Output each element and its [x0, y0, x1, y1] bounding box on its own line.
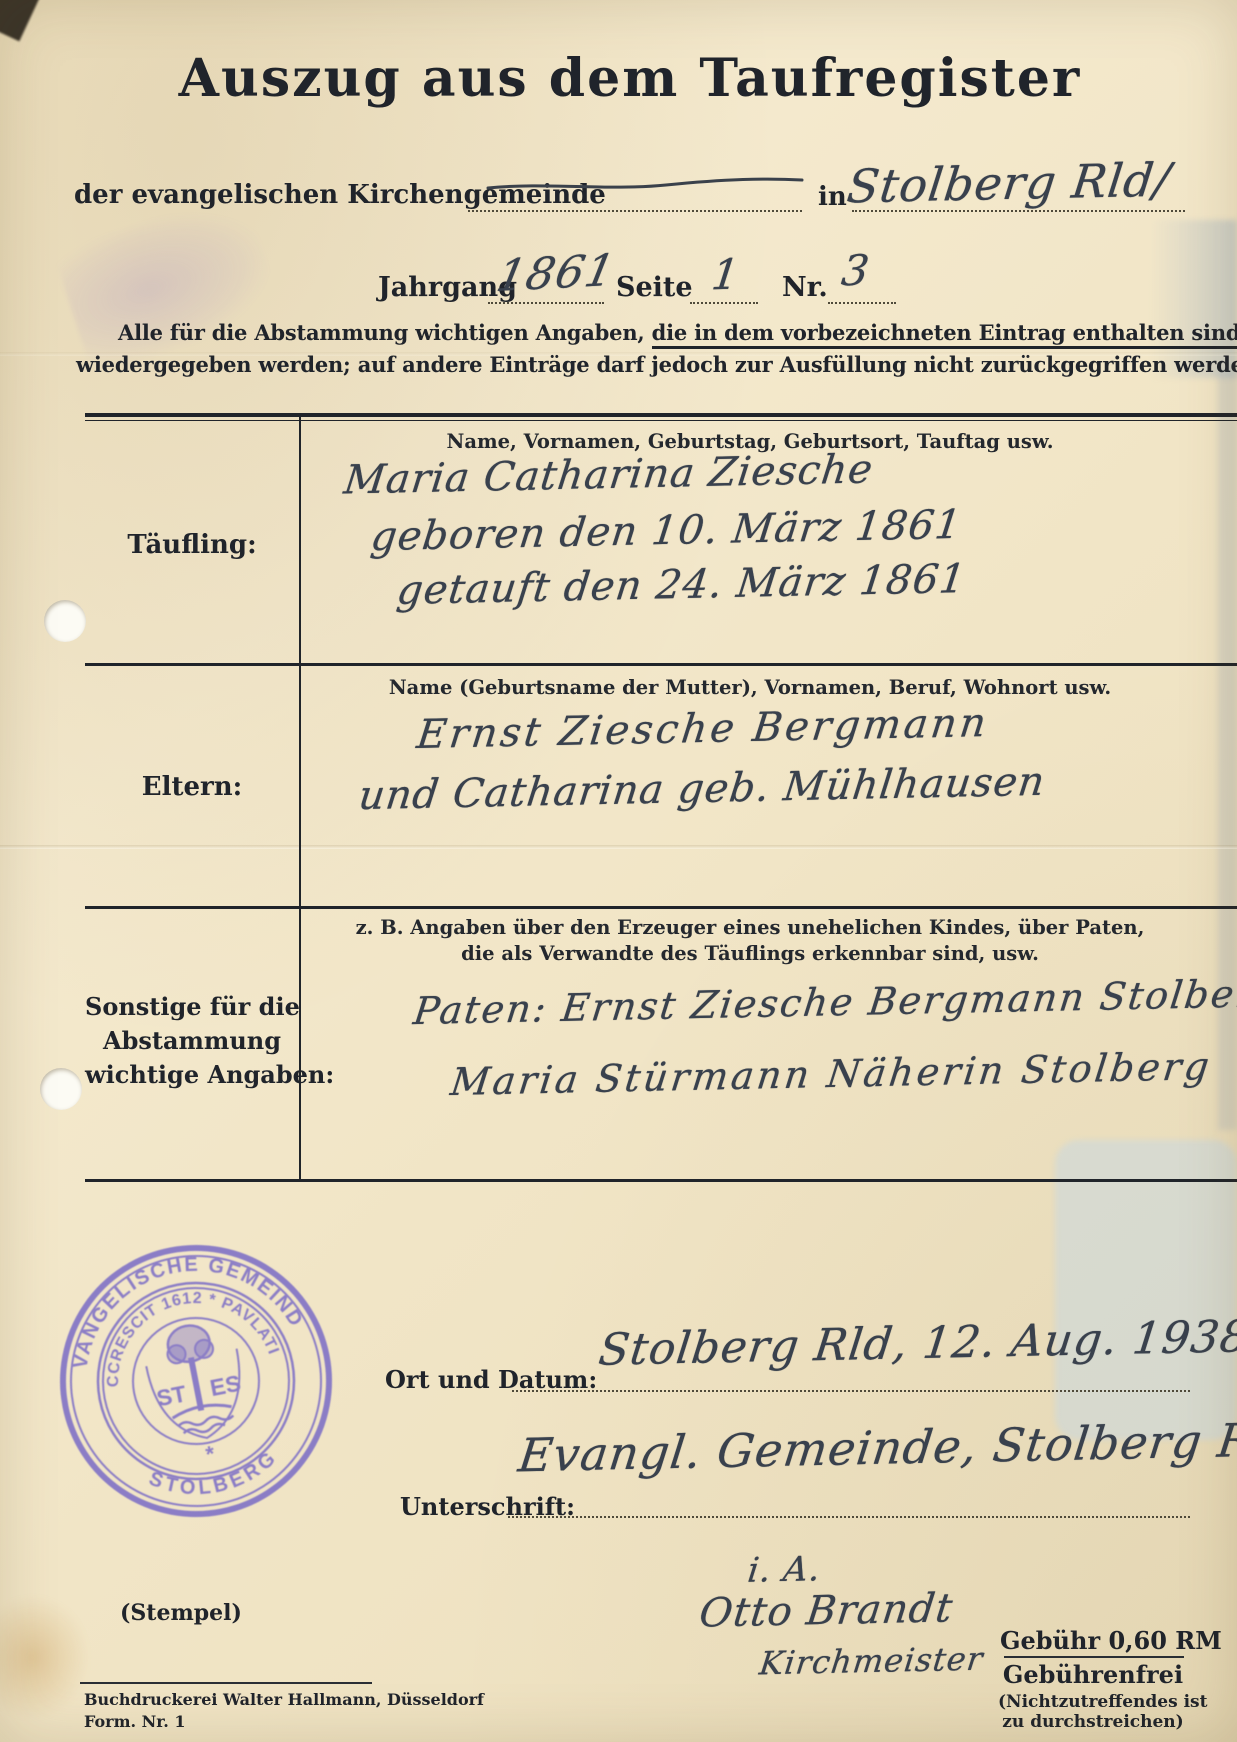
- stamp-center-left-text: ST: [154, 1380, 188, 1411]
- fee-note-line-2: zu durchstreichen): [998, 1712, 1188, 1732]
- baptism-register-extract-page: Auszug aus dem Taufregister der evangeli…: [0, 0, 1237, 1742]
- row3-column-header-line2: die als Verwandte des Täuflings erkennba…: [320, 942, 1180, 965]
- row1-label-taeufling: Täufling:: [85, 530, 299, 560]
- unterschrift-blank-line: [508, 1488, 1190, 1518]
- seite-label: Seite: [616, 272, 693, 303]
- notice-line-1: Alle für die Abstammung wichtigen Angabe…: [118, 320, 1237, 345]
- handwritten-dash-stroke: [486, 172, 804, 196]
- notice-line-2: wiedergegeben werden; auf andere Einträg…: [76, 352, 1237, 377]
- table-top-rule-thick: [85, 413, 1237, 417]
- row1-entry-line: getauft den 24. März 1861: [394, 556, 968, 614]
- fold-crease-middle: [0, 845, 1237, 849]
- signer-role-handwritten: Kirchmeister: [757, 1640, 985, 1683]
- punch-hole-top: [44, 600, 86, 642]
- table-row-separator-2: [85, 906, 1237, 909]
- row2-entry-line: Ernst Ziesche Bergmann: [414, 700, 991, 758]
- fee-amount: Gebühr 0,60 RM: [1000, 1626, 1186, 1655]
- signer-name-handwritten: Otto Brandt: [697, 1585, 956, 1636]
- seite-handwritten-value: 1: [709, 250, 743, 300]
- page-title: Auszug aus dem Taufregister: [100, 48, 1160, 109]
- printer-line-2: Form. Nr. 1: [84, 1712, 186, 1731]
- notice-line1-pre: Alle für die Abstammung wichtigen Angabe…: [118, 320, 652, 345]
- row1-entry-line: Maria Catharina Ziesche: [342, 446, 876, 503]
- nr-label: Nr.: [782, 272, 828, 303]
- unterschrift-handwritten-value: Evangl. Gemeinde, Stolberg Rld.: [516, 1412, 1237, 1483]
- row3-entry-line: Paten: Ernst Ziesche Bergmann Stolberg: [411, 971, 1237, 1033]
- row3-label-line3: wichtige Angaben:: [85, 1060, 299, 1089]
- scan-artifact-bottom-right-blue: [1055, 1140, 1237, 1440]
- stempel-note: (Stempel): [120, 1600, 242, 1626]
- jahrgang-handwritten-value: 1861: [492, 245, 619, 302]
- church-seal-stamp: EVANGELISCHE GEMEINDE STOLBERG ACCRESCIT…: [32, 1217, 360, 1545]
- notice-line1-underlined: die in dem vorbezeichneten Eintrag entha…: [652, 320, 1237, 349]
- ia-handwritten: i. A.: [746, 1549, 824, 1591]
- svg-text:ACCRESCIT 1612 * PAVLATIM: ACCRESCIT 1612 * PAVLATIM: [32, 1217, 283, 1401]
- faded-stamp-smudge: [53, 190, 283, 375]
- stain-bottom-left: [0, 1595, 90, 1720]
- row2-label-eltern: Eltern:: [85, 772, 299, 802]
- fee-separator-rule: [1004, 1656, 1184, 1658]
- row3-entry-line: Maria Stürmann Näherin Stolberg: [448, 1044, 1214, 1104]
- row3-label-line1: Sonstige für die: [85, 992, 299, 1021]
- row3-column-header-line1: z. B. Angaben über den Erzeuger eines un…: [320, 916, 1180, 939]
- svg-text:STOLBERG: STOLBERG: [142, 1443, 287, 1510]
- table-top-rule-thin: [85, 420, 1237, 421]
- nr-handwritten-value: 3: [839, 246, 873, 296]
- table-row-separator-1: [85, 663, 1237, 666]
- stamp-inner-bottom-star: *: [204, 1441, 218, 1467]
- fee-free: Gebührenfrei: [1000, 1660, 1186, 1689]
- printer-rule: [80, 1682, 372, 1684]
- in-label: in: [818, 182, 847, 212]
- row3-label-line2: Abstammung: [85, 1026, 299, 1055]
- table-bottom-rule: [85, 1179, 1237, 1182]
- stamp-text-inner-top: ACCRESCIT 1612 * PAVLATIM: [32, 1217, 283, 1401]
- row2-column-header: Name (Geburtsname der Mutter), Vornamen,…: [320, 676, 1180, 699]
- scan-artifact-top-left-corner: [0, 0, 40, 41]
- stamp-text-outer-bottom: STOLBERG: [142, 1443, 287, 1510]
- row1-entry-line: geboren den 10. März 1861: [368, 502, 964, 560]
- place-handwritten-value: Stolberg Rld/: [844, 153, 1174, 214]
- fee-note-line-1: (Nichtzutreffendes ist: [998, 1692, 1188, 1712]
- row2-entry-line: und Catharina geb. Mühlhausen: [356, 759, 1048, 819]
- printer-line-1: Buchdruckerei Walter Hallmann, Düsseldor…: [84, 1690, 484, 1709]
- punch-hole-bottom: [40, 1068, 82, 1110]
